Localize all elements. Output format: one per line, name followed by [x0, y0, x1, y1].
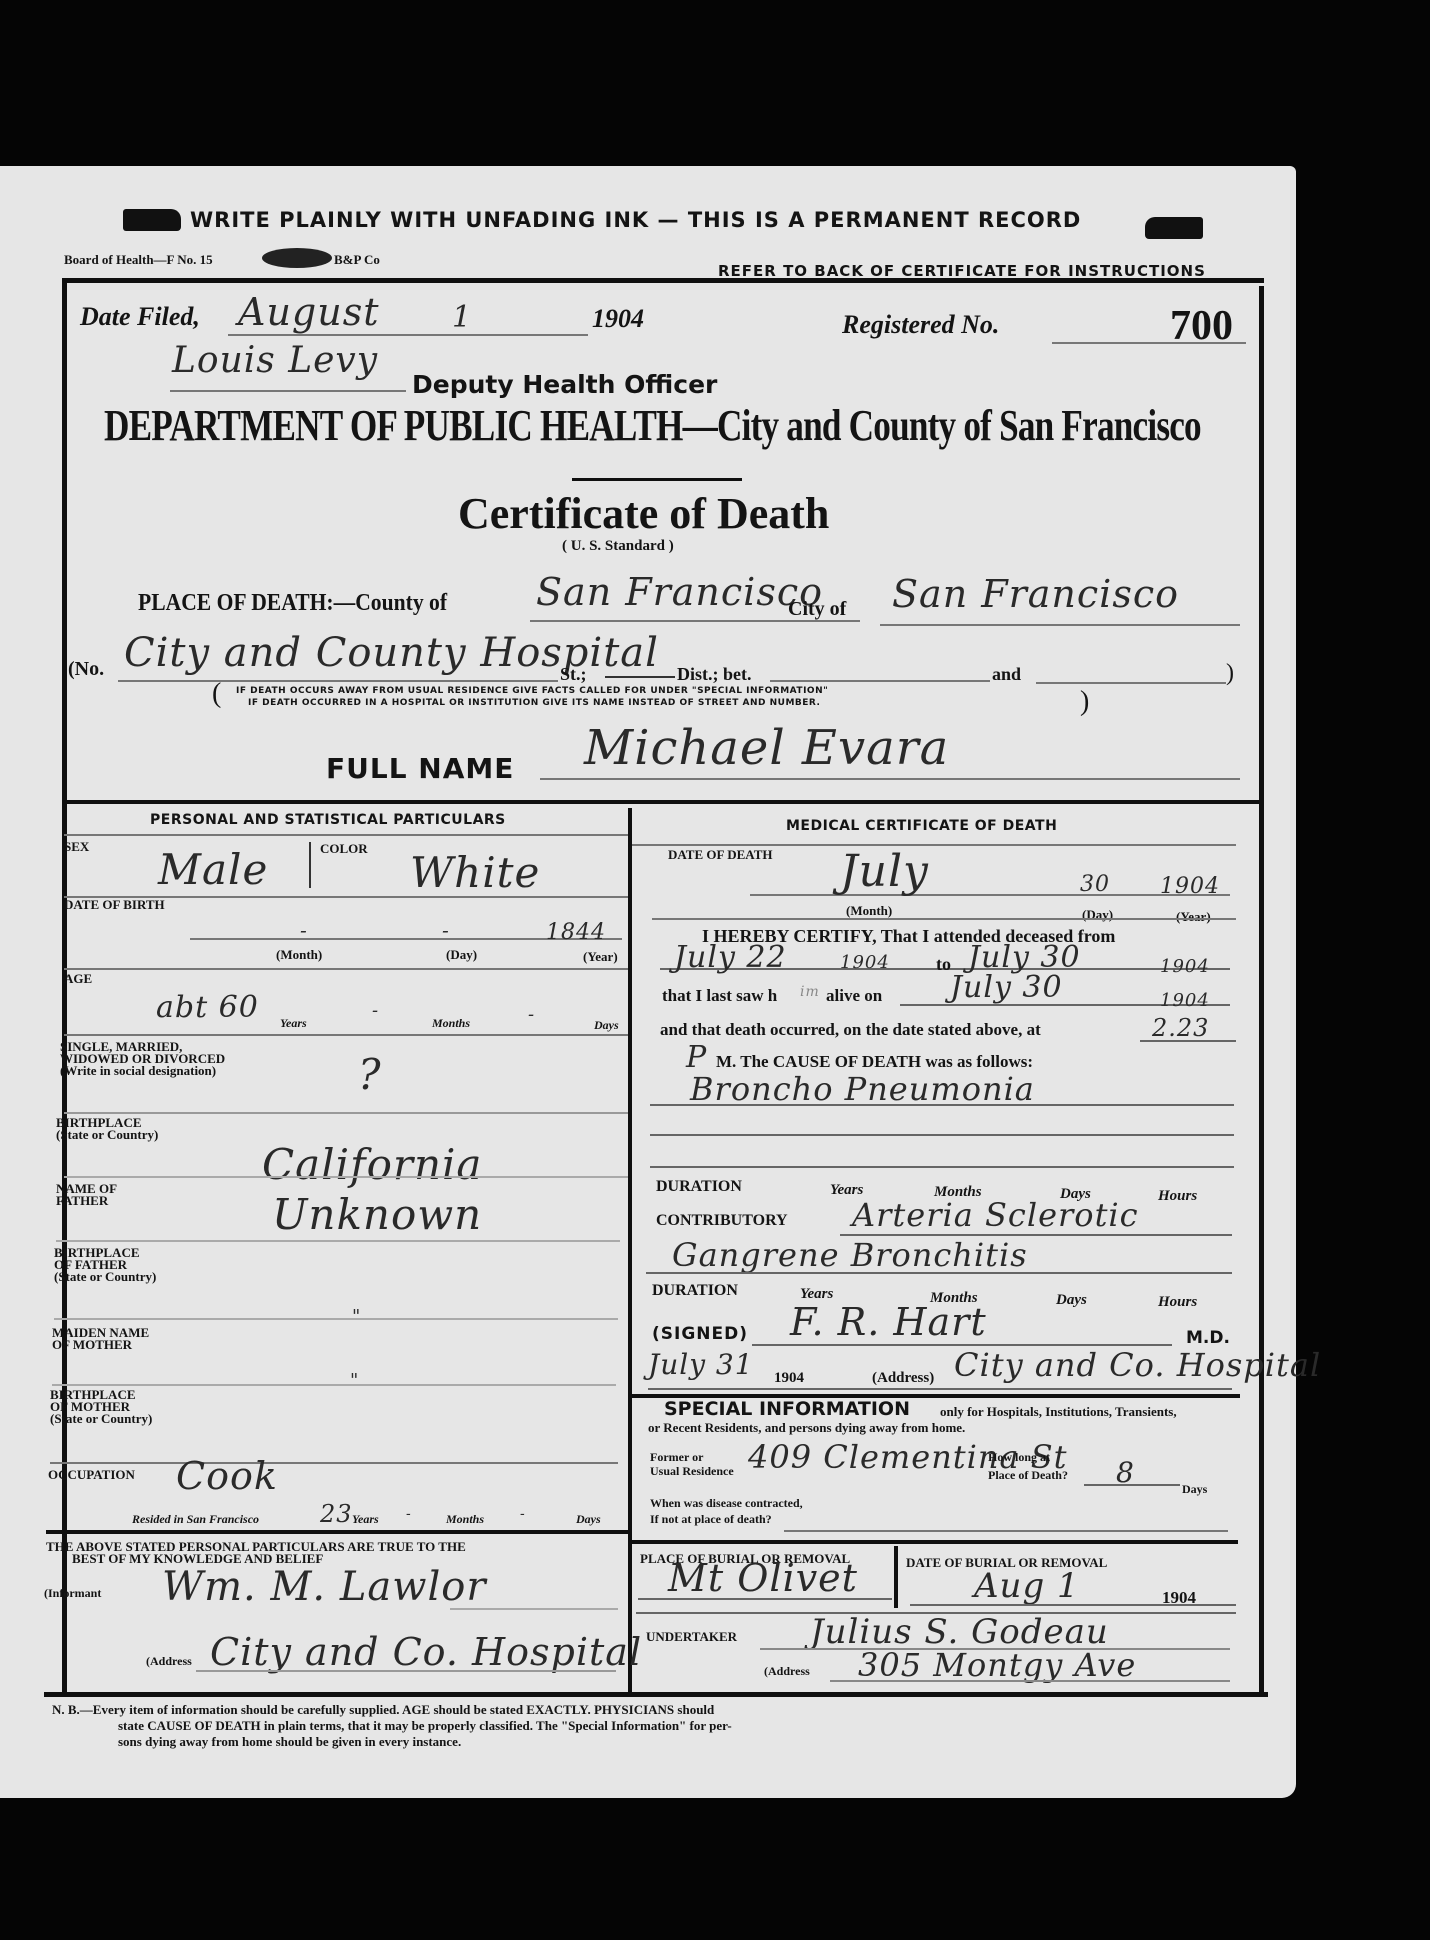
resided-days-caption: Days — [576, 1512, 601, 1527]
dod-underline — [750, 894, 1230, 896]
last-saw-pronoun: im — [800, 984, 820, 1000]
certificate-title: Certificate of Death — [458, 488, 829, 539]
death-occurred-text: and that death occurred, on the date sta… — [660, 1020, 1041, 1040]
contracted-label-2: If not at place of death? — [650, 1512, 772, 1527]
contributory-label: CONTRIBUTORY — [656, 1214, 788, 1227]
burial-column-divider — [894, 1546, 898, 1608]
how-long-days-label: Days — [1182, 1482, 1207, 1497]
place-note-line1: IF DEATH OCCURS AWAY FROM USUAL RESIDENC… — [236, 686, 828, 696]
dob-month-caption: (Month) — [276, 948, 322, 961]
sex-color-divider — [309, 842, 311, 888]
place-note-line2: IF DEATH OCCURRED IN A HOSPITAL OR INSTI… — [248, 698, 820, 708]
footnote-line-1: N. B.—Every item of information should b… — [52, 1702, 714, 1718]
dod-month-caption: (Month) — [846, 904, 892, 917]
burial-year: 1904 — [1162, 1588, 1196, 1608]
age-years: abt 60 — [156, 990, 259, 1025]
dod-label: DATE OF DEATH — [668, 848, 773, 861]
burial-place-value: Mt Olivet — [668, 1556, 858, 1600]
duration-label: DURATION — [656, 1180, 742, 1193]
standard-note: ( U. S. Standard ) — [562, 538, 674, 555]
age-days: - — [528, 1004, 535, 1025]
age-label: AGE — [64, 972, 92, 985]
father-value: Unknown — [272, 1190, 482, 1239]
mother-birthplace-value: " — [350, 1370, 359, 1391]
dob-row-rule — [64, 968, 628, 970]
duration-hours-2: Hours — [1158, 1294, 1197, 1311]
resided-days: - — [520, 1506, 526, 1522]
cause-intro-text: M. The CAUSE OF DEATH was as follows: — [716, 1052, 1033, 1072]
signed-date: July 31 — [648, 1348, 754, 1381]
physician-address-label: (Address) — [872, 1370, 934, 1387]
sex-value: Male — [158, 845, 268, 894]
md-label: M.D. — [1186, 1328, 1230, 1348]
county-value: San Francisco — [536, 570, 823, 614]
physician-signature: F. R. Hart — [790, 1300, 987, 1344]
registered-label: Registered No. — [842, 310, 999, 340]
full-name-value: Michael Evara — [584, 720, 949, 776]
officer-underline — [170, 390, 406, 392]
district-label: Dist.; bet. — [677, 664, 752, 685]
date-filed-underline — [228, 334, 588, 336]
informant-address-label: (Address — [146, 1654, 192, 1669]
informant-address: City and Co. Hospital — [210, 1630, 642, 1674]
birthplace-value: California — [262, 1140, 482, 1189]
undertaker-address-label: (Address — [764, 1664, 810, 1679]
paren-open: ( — [212, 678, 221, 710]
contributory-cause-1: Arteria Sclerotic — [852, 1196, 1139, 1234]
title-rule — [572, 478, 742, 481]
date-filed-year: 1904 — [592, 304, 644, 334]
resided-label: Resided in San Francisco — [132, 1512, 259, 1527]
personal-heading-rule — [64, 834, 628, 836]
mother-label-2: OF MOTHER — [52, 1338, 132, 1351]
pointing-hand-left-icon — [123, 209, 181, 231]
duration-days-2: Days — [1056, 1292, 1087, 1309]
medical-heading-rule — [632, 844, 1236, 846]
age-months: - — [372, 1000, 379, 1021]
residence-label-1: Former or — [650, 1450, 703, 1465]
father-row-rule — [56, 1240, 620, 1242]
frame-bottom — [44, 1692, 1268, 1697]
informant-label: (Informant — [44, 1586, 101, 1601]
dob-day: - — [442, 918, 450, 942]
burial-place-underline — [638, 1598, 892, 1600]
resided-months: - — [406, 1506, 412, 1522]
district-underline — [770, 680, 990, 682]
officer-title: Deputy Health Officer — [412, 370, 717, 399]
institution-underline — [118, 680, 558, 682]
resided-years: 23 — [320, 1500, 353, 1528]
contributory-underline-2 — [646, 1272, 1232, 1274]
signed-label: (SIGNED) — [652, 1324, 748, 1344]
marital-value: ? — [358, 1050, 382, 1099]
marital-row-rule — [64, 1112, 628, 1114]
dob-label: DATE OF BIRTH — [64, 898, 165, 911]
duration-hours: Hours — [1158, 1188, 1197, 1205]
cause-underline-3 — [650, 1166, 1234, 1168]
city-underline — [880, 624, 1240, 626]
alive-on-label: alive on — [826, 986, 882, 1006]
dod-year: 1904 — [1160, 874, 1220, 899]
dob-year-caption: (Year) — [583, 950, 618, 963]
father-label-2: FATHER — [56, 1194, 108, 1207]
dob-year: 1844 — [546, 920, 606, 945]
cause-underline-1 — [650, 1104, 1234, 1106]
occupation-label: OCCUPATION — [48, 1468, 135, 1481]
date-filed-month: August — [238, 290, 380, 334]
birthplace-sub: (State or Country) — [56, 1128, 158, 1141]
burial-date-value: Aug 1 — [974, 1566, 1080, 1606]
undertaker-label: UNDERTAKER — [646, 1630, 737, 1643]
contracted-underline — [784, 1530, 1228, 1532]
footnote-line-3: sons dying away from home should be give… — [118, 1734, 461, 1750]
last-saw-year: 1904 — [1160, 990, 1210, 1011]
color-value: White — [410, 848, 540, 897]
informant-address-underline — [196, 1670, 616, 1672]
date-filed-day: 1 — [452, 300, 472, 335]
paren-close-note: ) — [1080, 686, 1089, 718]
column-divider — [628, 808, 632, 1692]
frame-top — [62, 278, 1264, 283]
undertaker-address-underline — [830, 1680, 1230, 1682]
printer-name: B&P Co — [334, 252, 380, 268]
attended-from-year: 1904 — [840, 952, 890, 973]
city-label: City of — [788, 598, 846, 621]
undertaker-address: 305 Montgy Ave — [858, 1646, 1136, 1684]
full-name-underline — [540, 778, 1240, 780]
father-birthplace-row-rule — [54, 1318, 618, 1320]
resided-years-caption: Years — [352, 1512, 379, 1527]
physician-address: City and Co. Hospital — [954, 1346, 1321, 1384]
death-time: 2.23 — [1152, 1014, 1209, 1042]
medical-heading: MEDICAL CERTIFICATE OF DEATH — [786, 818, 1057, 834]
special-info-heading: SPECIAL INFORMATION — [664, 1398, 910, 1420]
frame-right — [1259, 286, 1264, 1696]
to-label: to — [936, 954, 951, 975]
signed-year: 1904 — [774, 1370, 804, 1387]
color-label: COLOR — [320, 842, 368, 855]
printer-seal — [262, 248, 332, 268]
burial-divider — [632, 1540, 1238, 1544]
attended-from-date: July 22 — [674, 940, 787, 975]
name-section-divider — [64, 800, 1260, 804]
age-row-rule — [64, 1034, 628, 1036]
contracted-label-1: When was disease contracted, — [650, 1496, 803, 1511]
birthplace-row-rule — [64, 1176, 628, 1178]
last-saw-label: that I last saw h — [662, 986, 777, 1006]
dod-year-caption: (Year) — [1176, 910, 1211, 923]
mother-birthplace-sub: (State or Country) — [50, 1412, 152, 1425]
sex-label: SEX — [64, 840, 89, 853]
special-info-note-2: or Recent Residents, and persons dying a… — [648, 1420, 965, 1436]
and-underline — [1036, 682, 1226, 684]
dod-month: July — [840, 846, 929, 897]
how-long-value: 8 — [1116, 1456, 1135, 1489]
mother-birthplace-row-rule — [50, 1462, 618, 1464]
mother-value: " — [352, 1306, 361, 1327]
age-months-caption: Months — [432, 1016, 470, 1031]
footnote-line-2: state CAUSE OF DEATH in plain terms, tha… — [118, 1718, 732, 1734]
resided-months-caption: Months — [446, 1512, 484, 1527]
form-id: Board of Health—F No. 15 — [64, 252, 213, 268]
special-info-note: only for Hospitals, Institutions, Transi… — [940, 1404, 1177, 1420]
time-underline — [1140, 1040, 1236, 1042]
street-underline — [605, 676, 675, 678]
paren-close: ) — [1226, 660, 1234, 687]
personal-heading: PERSONAL AND STATISTICAL PARTICULARS — [150, 812, 506, 828]
how-long-label-1: How long at — [988, 1450, 1050, 1465]
attended-to-year: 1904 — [1160, 956, 1210, 977]
contributory-cause-2: Gangrene Bronchitis — [672, 1236, 1028, 1274]
cause-underline-2 — [650, 1134, 1234, 1136]
and-label: and — [992, 664, 1021, 685]
residence-label-2: Usual Residence — [650, 1464, 734, 1479]
warning-banner: WRITE PLAINLY WITH UNFADING INK — THIS I… — [190, 208, 1081, 232]
dob-day-caption: (Day) — [446, 948, 477, 961]
informant-divider — [46, 1530, 628, 1534]
department-title: DEPARTMENT OF PUBLIC HEALTH—City and Cou… — [104, 400, 1201, 451]
father-birthplace-sub: (State or Country) — [54, 1270, 156, 1283]
informant-name: Wm. M. Lawlor — [162, 1564, 487, 1610]
pointing-hand-right-icon — [1145, 217, 1203, 239]
date-filed-label: Date Filed, — [80, 302, 200, 332]
marital-label-3: (Write in social designation) — [60, 1064, 216, 1077]
frame-left — [62, 278, 67, 1696]
officer-signature: Louis Levy — [172, 340, 378, 381]
occupation-value: Cook — [176, 1454, 278, 1498]
last-saw-date: July 30 — [950, 970, 1063, 1005]
how-long-label-2: Place of Death? — [988, 1468, 1068, 1483]
informant-underline — [450, 1608, 618, 1610]
dob-month: - — [300, 918, 308, 942]
place-of-death-label: PLACE OF DEATH:—County of — [138, 590, 447, 617]
dod-day: 30 — [1080, 872, 1110, 897]
physician-address-underline — [648, 1388, 1232, 1390]
age-years-caption: Years — [280, 1016, 307, 1031]
cause-of-death: Broncho Pneumonia — [690, 1070, 1035, 1108]
street-label: St.; — [560, 664, 587, 685]
street-number-label: (No. — [68, 658, 104, 681]
duration-label-2: DURATION — [652, 1284, 738, 1297]
registered-number: 700 — [1170, 302, 1233, 350]
mother-row-rule — [52, 1384, 616, 1386]
city-value: San Francisco — [892, 572, 1179, 616]
age-days-caption: Days — [594, 1018, 619, 1033]
dod-row-rule — [652, 918, 1236, 920]
full-name-label: FULL NAME — [326, 752, 514, 785]
